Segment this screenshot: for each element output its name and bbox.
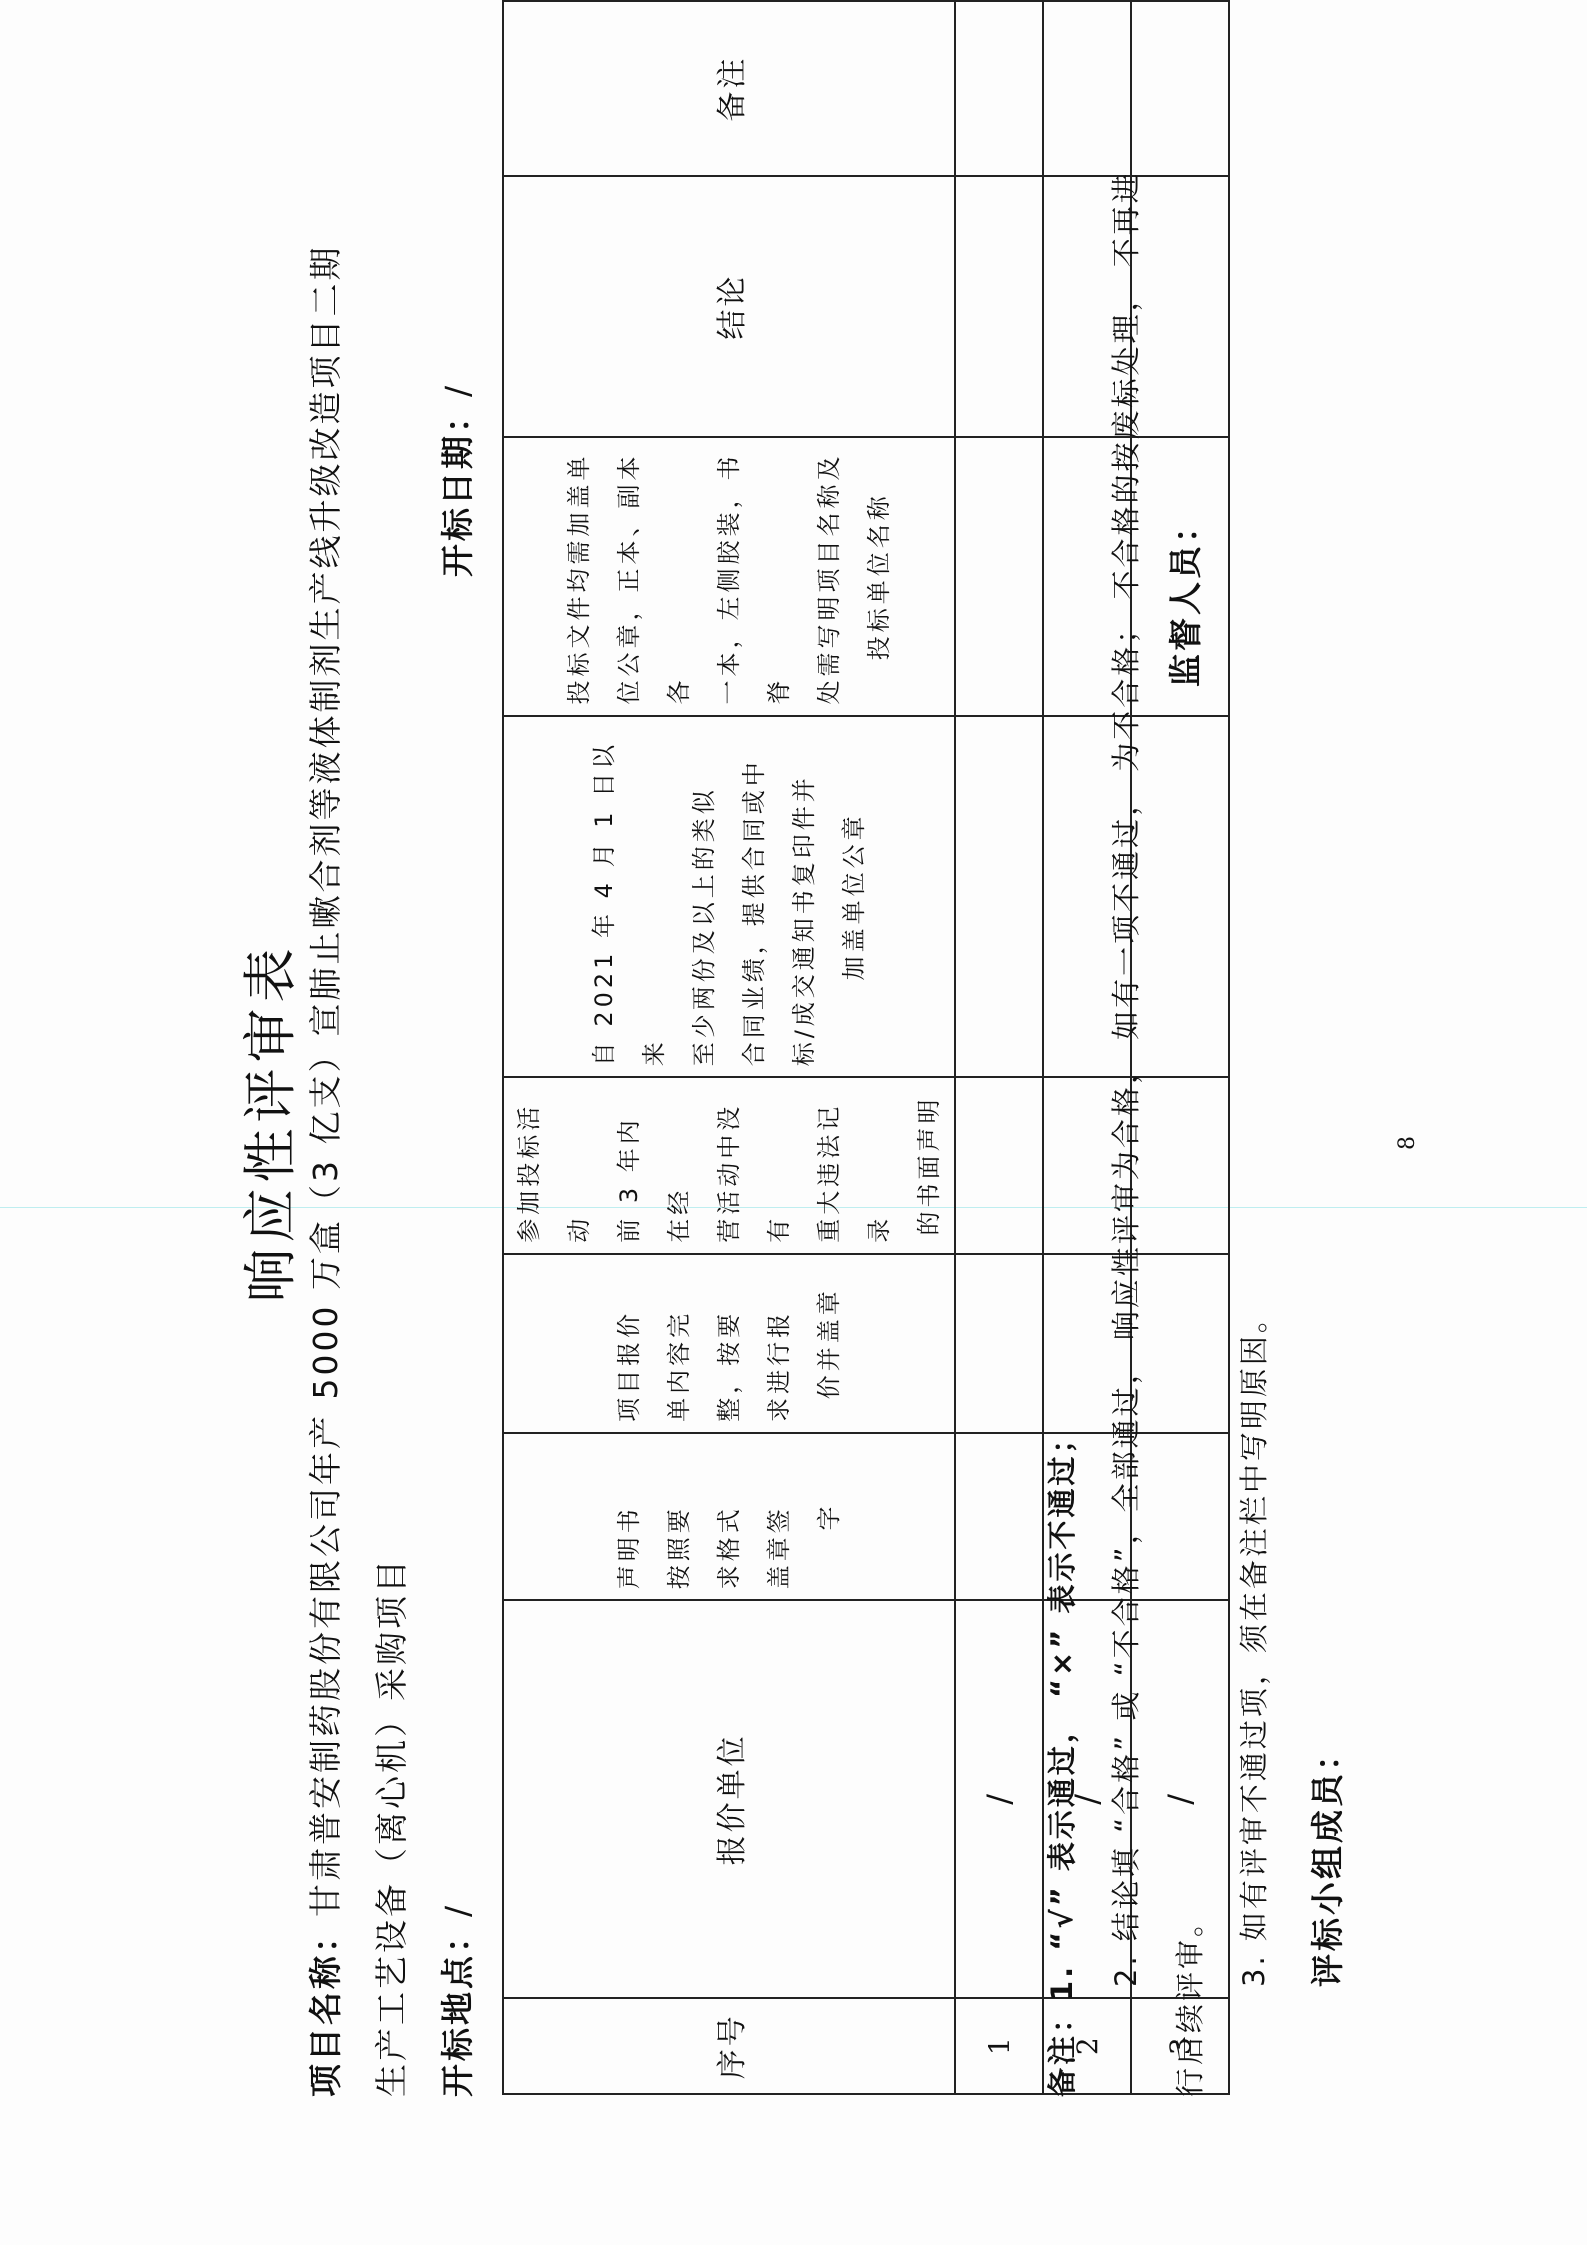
header-line: 序号 [707, 2009, 751, 2083]
header-line: 前 3 年内在经 [604, 1088, 704, 1242]
note-1: 备注：1. “√” 表示通过， “×” 表示不通过； [1040, 1422, 1081, 2097]
header-line: 项目报价 [604, 1265, 654, 1422]
project-name-line2: 生产工艺设备（离心机）采购项目 [366, 1557, 413, 2097]
location-value: / [438, 1903, 477, 1917]
cell-c2[interactable] [955, 1254, 1043, 1433]
header-col-bidder: 报价单位 [503, 1600, 955, 1998]
project-name: 甘肃普安制药股份有限公司年产 5000 万盒（3 亿支）宣肺止嗽合剂等液体制剂生… [306, 245, 345, 1917]
header-line: 的书面声明 [904, 1088, 954, 1242]
header-line: 报价单位 [707, 1611, 751, 1987]
page-number: 8 [1395, 1136, 1420, 1150]
header-line: 重大违法记录 [804, 1088, 904, 1242]
header-line: 声明书 [604, 1444, 654, 1589]
note-1-text: 备注：1. “√” 表示通过， “×” 表示不通过； [1045, 1422, 1079, 2097]
cell-c4[interactable] [955, 716, 1043, 1078]
header-row: 序号报价单位声明书按照要求格式盖章签字项目报价单内容完整，按要求进行报价并盖章参… [503, 1, 955, 2094]
project-label: 项目名称： [306, 1917, 345, 2097]
header-line: 合同业绩，提供合同或中 [729, 727, 779, 1067]
header-line: 位公章，正本、副本各 [604, 448, 704, 704]
header-line: 字 [804, 1444, 854, 1589]
note-2-continued: 行后续评审。 [1168, 1905, 1209, 2097]
cell-remark[interactable] [955, 1, 1043, 176]
header-line: 参加投标活动 [504, 1088, 604, 1242]
cell-conclusion[interactable] [955, 176, 1043, 437]
cell-c1[interactable] [955, 1433, 1043, 1600]
cell-c3[interactable] [1131, 1077, 1229, 1253]
header-line: 单内容完 [654, 1265, 704, 1422]
header-line: 营活动中没有 [704, 1088, 804, 1242]
cell-remark[interactable] [1043, 1, 1131, 176]
project-name-line1: 项目名称：甘肃普安制药股份有限公司年产 5000 万盒（3 亿支）宣肺止嗽合剂等… [300, 245, 347, 2097]
header-line: 备注 [707, 12, 751, 165]
panel-members-signature[interactable]: 评标小组成员： [1302, 1735, 1349, 1987]
cell-c1[interactable] [1131, 1433, 1229, 1600]
header-line: 求格式 [704, 1444, 754, 1589]
note-3: 3. 如有评审不通过项，须在备注栏中写明原因。 [1232, 1301, 1273, 1987]
header-line: 整，按要 [704, 1265, 754, 1422]
location-label: 开标地点： [438, 1917, 477, 2097]
cell-no: 1 [955, 1998, 1043, 2094]
cell-bidder: / [955, 1600, 1043, 1998]
header-line: 投标文件均需加盖单 [554, 448, 604, 704]
date-value: / [438, 383, 477, 397]
header-line: 按照要 [654, 1444, 704, 1589]
header-line: 加盖单位公章 [829, 727, 879, 1067]
header-col-seal-binding: 投标文件均需加盖单位公章，正本、副本各一本，左侧胶装，书脊处需写明项目名称及投标… [503, 437, 955, 715]
header-line: 投标单位名称 [854, 448, 904, 704]
supervisor-signature[interactable]: 监督人员： [1160, 507, 1207, 687]
document-page: 响应性评审表 项目名称：甘肃普安制药股份有限公司年产 5000 万盒（3 亿支）… [0, 0, 1587, 2245]
cell-remark[interactable] [1131, 1, 1229, 176]
header-col-no: 序号 [503, 1998, 955, 2094]
cell-c5[interactable] [955, 437, 1043, 715]
header-col-declaration: 声明书按照要求格式盖章签字 [503, 1433, 955, 1600]
header-line: 标/成交通知书复印件并 [779, 727, 829, 1067]
header-line: 求进行报 [754, 1265, 804, 1422]
table-row: 1/ [955, 1, 1043, 2094]
header-col-conclusion: 结论 [503, 176, 955, 437]
header-col-remark: 备注 [503, 1, 955, 176]
cell-c2[interactable] [1131, 1254, 1229, 1433]
cell-conclusion[interactable] [1131, 176, 1229, 437]
cell-c3[interactable] [955, 1077, 1043, 1253]
page-title: 响应性评审表 [228, 0, 305, 2245]
header-col-no-violation: 参加投标活动前 3 年内在经营活动中没有重大违法记录的书面声明 [503, 1077, 955, 1253]
table-row: 3/ [1131, 1, 1229, 2094]
header-col-performance: 自 2021 年 4 月 1 日以来至少两份及以上的类似合同业绩，提供合同或中标… [503, 716, 955, 1078]
header-line: 结论 [707, 187, 751, 426]
header-line: 价并盖章 [804, 1265, 854, 1422]
header-col-quotation: 项目报价单内容完整，按要求进行报价并盖章 [503, 1254, 955, 1433]
header-line: 至少两份及以上的类似 [679, 727, 729, 1067]
opening-date: 开标日期：/ [432, 383, 479, 577]
header-line: 自 2021 年 4 月 1 日以来 [579, 727, 679, 1067]
opening-location: 开标地点：/ [432, 1903, 479, 2097]
header-line: 处需写明项目名称及 [804, 448, 854, 704]
header-line: 盖章签 [754, 1444, 804, 1589]
cell-c4[interactable] [1131, 716, 1229, 1078]
header-line: 一本，左侧胶装，书脊 [704, 448, 804, 704]
note-2: 2. 结论填 “合格” 或 “不合格”，全部通过， 响应性评审为合格， 如有一项… [1104, 171, 1145, 1987]
date-label: 开标日期： [438, 397, 477, 577]
